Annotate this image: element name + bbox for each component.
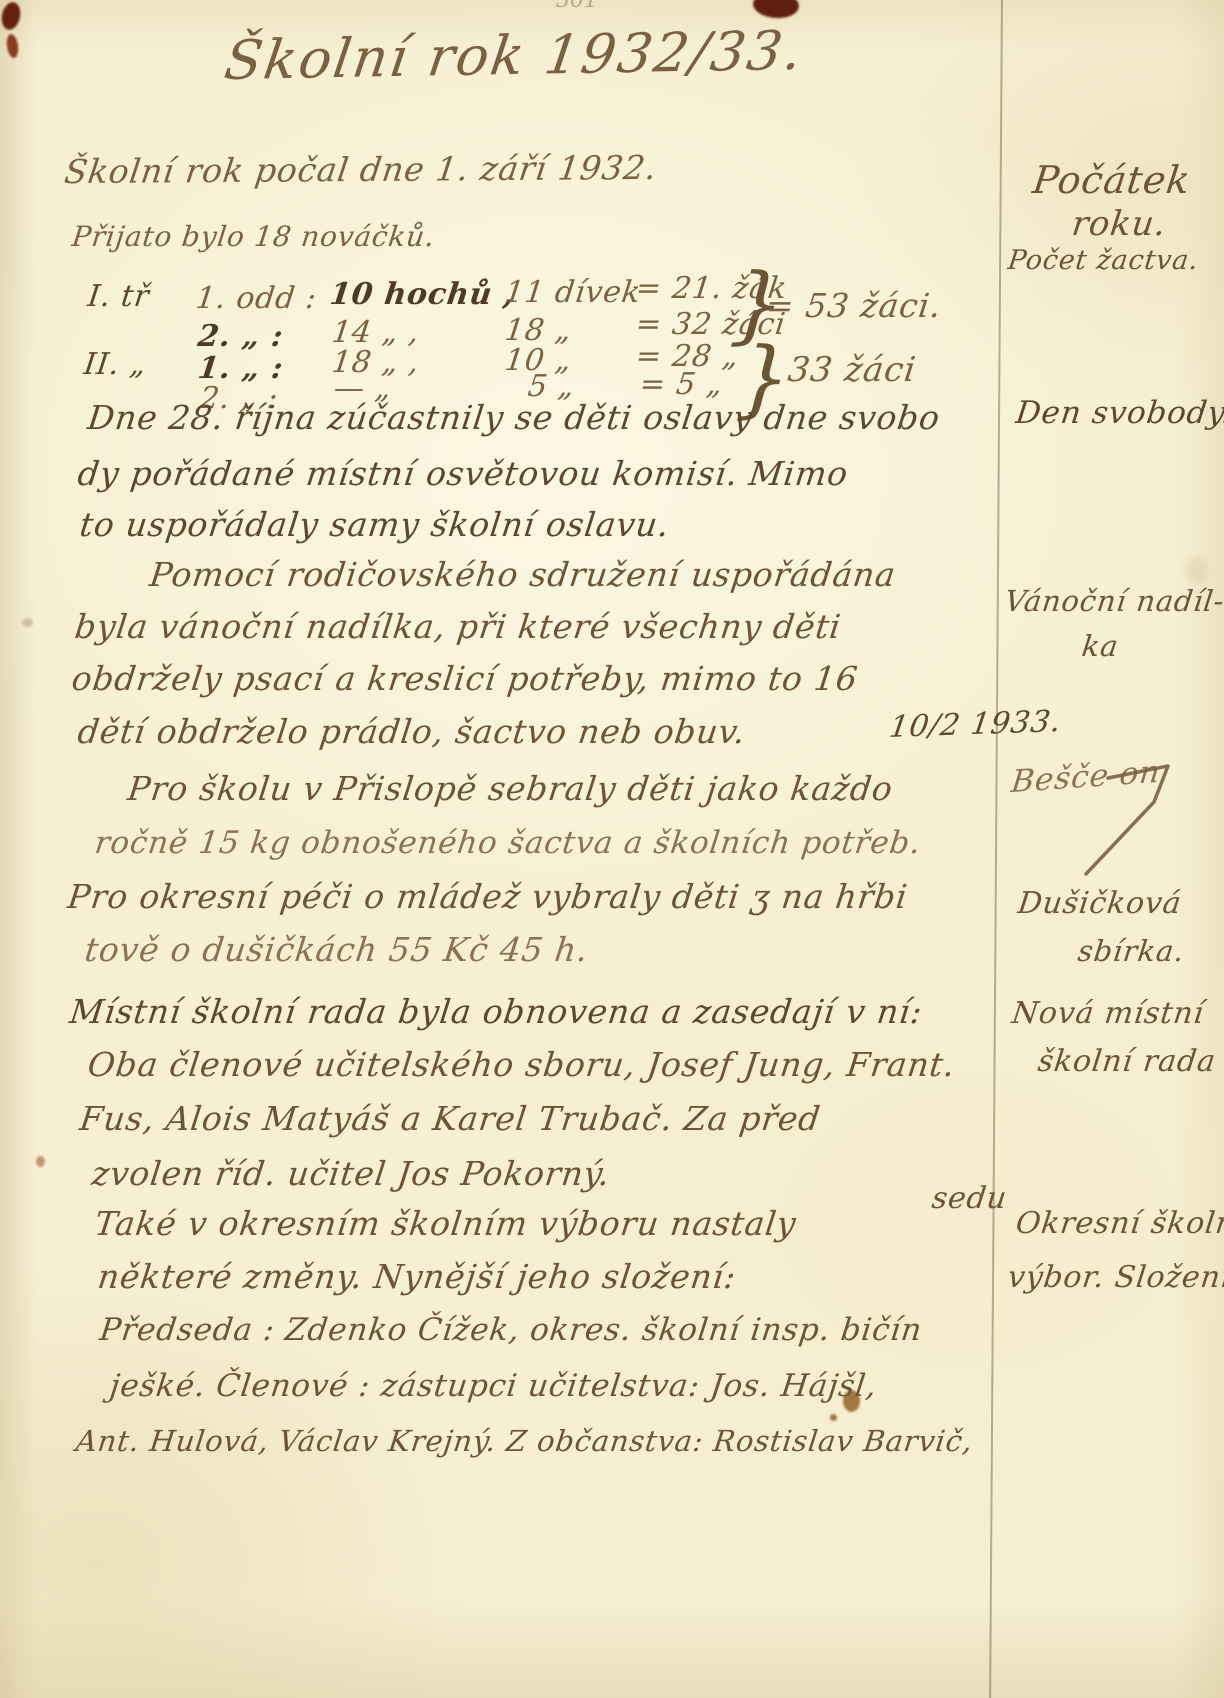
margin-rule bbox=[989, 0, 1003, 1698]
foxing-spot bbox=[22, 618, 33, 627]
margin-note-nadilka: ka bbox=[1080, 631, 1120, 663]
text-line-vybor: některé změny. Nynější jeho složení: bbox=[96, 1259, 738, 1295]
ink-blot bbox=[830, 1414, 837, 1421]
text-line-rada: Fus, Alois Matyáš a Karel Trubač. Za pře… bbox=[78, 1101, 823, 1137]
text-line-rada: zvolen říd. učitel Jos Pokorný. bbox=[90, 1156, 612, 1192]
text-line-vybor: Předseda : Zdenko Čížek, okres. školní i… bbox=[98, 1313, 924, 1347]
text-line-vybor: Také v okresním školním výboru nastaly bbox=[93, 1206, 799, 1242]
text-line-rada: Oba členové učitelského sboru, Josef Jun… bbox=[86, 1047, 957, 1083]
date-note: 10/2 1933. bbox=[887, 705, 1063, 744]
text-line-xmas: dětí obdrželo prádlo, šactvo neb obuv. bbox=[76, 714, 748, 750]
foxing-spot bbox=[36, 1156, 45, 1167]
margin-note-nova-rada: školní rada bbox=[1036, 1045, 1218, 1078]
enrollment-cell-dept: 1. odd : bbox=[194, 282, 319, 315]
text-line-oct28: to uspořádaly samy školní oslavu. bbox=[78, 507, 672, 543]
margin-note-pocet-zactva: Počet žactva. bbox=[1006, 246, 1200, 276]
enrollment-cell-class: II. „ bbox=[82, 348, 148, 381]
text-line-vybor: ješké. Členové : zástupci učitelstva: Jo… bbox=[108, 1369, 879, 1403]
enrollment-cell-boys: 10 hochů , bbox=[328, 278, 517, 311]
text-line-xmas: obdržely psací a kreslicí potřeby, mimo … bbox=[70, 661, 860, 697]
enrollment-cell-total: = 5 „ bbox=[638, 368, 725, 401]
text-line-prislop: ročně 15 kg obnošeného šactva a školních… bbox=[93, 826, 923, 860]
page-number-partial: 301 bbox=[556, 0, 598, 13]
margin-note-dusickova: Dušičková bbox=[1016, 887, 1184, 920]
text-line-xmas: byla vánoční nadílka, při které všechny … bbox=[73, 609, 843, 645]
text-line-school-year-start: Školní rok počal dne 1. září 1932. bbox=[62, 150, 659, 190]
margin-note-pocatek: Počátek bbox=[1030, 160, 1192, 202]
margin-note-pocatek: roku. bbox=[1070, 206, 1169, 243]
text-line-rada-overflow: sedu bbox=[930, 1182, 1009, 1215]
page-title: Školní rok 1932/33. bbox=[221, 21, 807, 90]
margin-note-nadilka: Vánoční nadíl- bbox=[1003, 586, 1224, 618]
text-line-vybor: Ant. Hulová, Václav Krejný. Z občanstva:… bbox=[74, 1426, 975, 1458]
ink-stain bbox=[752, 0, 800, 20]
chronicle-page: 301 Školní rok 1932/33. Školní rok počal… bbox=[0, 0, 1224, 1698]
text-line-dusicky: Pro okresní péči o mládež vybraly děti ʒ… bbox=[66, 879, 910, 915]
text-line-xmas: Pomocí rodičovského sdružení uspořádána bbox=[148, 557, 898, 593]
grand-total-class2: 33 žáci bbox=[786, 352, 918, 389]
text-line-rada: Místní školní rada byla obnovena a zased… bbox=[68, 994, 925, 1030]
margin-note-nova-rada: Nová místní bbox=[1010, 997, 1206, 1030]
text-line-admitted: Přijato bylo 18 nováčků. bbox=[70, 222, 437, 253]
enrollment-cell-girls: 11 dívek bbox=[503, 276, 643, 309]
foxing-spot bbox=[1186, 556, 1208, 584]
enrollment-cell-class: I. tř bbox=[86, 280, 151, 313]
text-line-oct28: Dne 28. října zúčastnily se děti oslavy … bbox=[86, 400, 942, 436]
text-line-dusicky: tově o dušičkách 55 Kč 45 h. bbox=[83, 932, 591, 968]
grand-total-class1: = 53 žáci. bbox=[764, 288, 944, 324]
ink-stain bbox=[5, 33, 19, 58]
margin-note-vybor: výbor. Složení. bbox=[1006, 1261, 1224, 1294]
margin-signature: Bešče on bbox=[1009, 755, 1162, 799]
text-line-oct28: dy pořádané místní osvětovou komisí. Mim… bbox=[76, 456, 850, 492]
ink-stain bbox=[0, 0, 23, 31]
margin-note-dusickova: sbírka. bbox=[1076, 936, 1186, 968]
enrollment-cell-dept: 2. „ : bbox=[196, 320, 285, 353]
text-line-prislop: Pro školu v Přislopě sebraly děti jako k… bbox=[126, 771, 895, 807]
margin-note-vybor: Okresní školní bbox=[1014, 1207, 1224, 1240]
margin-note-den-svobody: Den svobody. bbox=[1014, 396, 1224, 430]
